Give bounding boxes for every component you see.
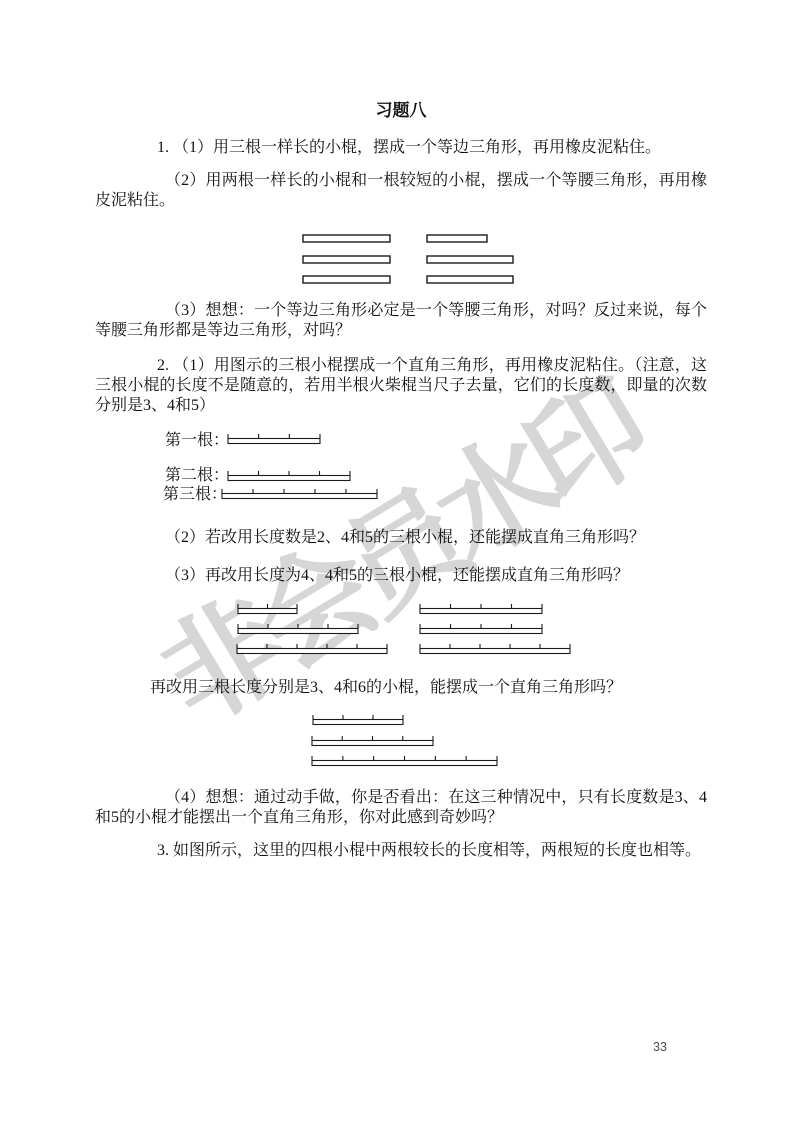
paragraph-1-2: （2）用两根一样长的小棍和一根较短的小棍，摆成一个等腰三角形，再用橡皮泥粘住。 — [95, 171, 707, 211]
sticks-equilateral-stick — [302, 275, 391, 285]
paragraph-2-3: （3）再改用长度为4、4和5的三根小棍，还能摆成直角三角形吗？ — [95, 566, 707, 586]
rulers-3-4-6-stick — [312, 714, 404, 726]
rulers-3-4-6-stick — [311, 735, 434, 747]
sticks-equilateral-stick — [302, 255, 391, 265]
rulers-4-4-5-stick — [419, 643, 571, 655]
paragraph-2-2: （2）若改用长度数是2、4和5的三根小棍，还能摆成直角三角形吗？ — [95, 528, 707, 548]
sticks-isosceles-stick — [426, 234, 488, 244]
paragraph-2-4: （4）想想：通过动手做，你是否看出：在这三种情况中，只有长度数是3、4和5的小棍… — [95, 788, 707, 828]
paragraph-2-3b: 再改用三根长度分别是3、4和6的小棍，能摆成一个直角三角形吗？ — [95, 678, 707, 698]
sticks-equilateral-stick — [302, 234, 391, 244]
rulers-4-4-5-stick — [419, 623, 543, 635]
rulers-3-4-5-stick — [227, 433, 321, 445]
rulers-3-4-5-stick — [227, 470, 351, 482]
stick-label-third: 第三根： — [163, 486, 227, 504]
paragraph-2-1: 2. （1）用图示的三根小棍摆成一个直角三角形，再用橡皮泥粘住。（注意，这三根小… — [95, 356, 707, 416]
paragraph-3: 3. 如图所示，这里的四根小棍中两根较长的长度相等，两根短的长度也相等。 — [95, 841, 707, 861]
stick-label-second: 第二根： — [165, 467, 229, 485]
sticks-isosceles-stick — [426, 275, 514, 285]
document-page: 非会员水印 习题八 1. （1）用三根一样长的小棍，摆成一个等边三角形，再用橡皮… — [0, 0, 793, 1122]
stick-label-first: 第一根： — [165, 432, 229, 450]
sticks-isosceles-stick — [426, 255, 514, 265]
page-title: 习题八 — [95, 96, 707, 121]
rulers-3-4-6-stick — [311, 755, 498, 767]
paragraph-1-3: （3）想想：一个等边三角形必定是一个等腰三角形，对吗？反过来说，每个等腰三角形都… — [95, 301, 707, 341]
page-number: 33 — [653, 1040, 667, 1054]
paragraph-1-1: 1. （1）用三根一样长的小棍，摆成一个等边三角形，再用橡皮泥粘住。 — [95, 138, 707, 158]
